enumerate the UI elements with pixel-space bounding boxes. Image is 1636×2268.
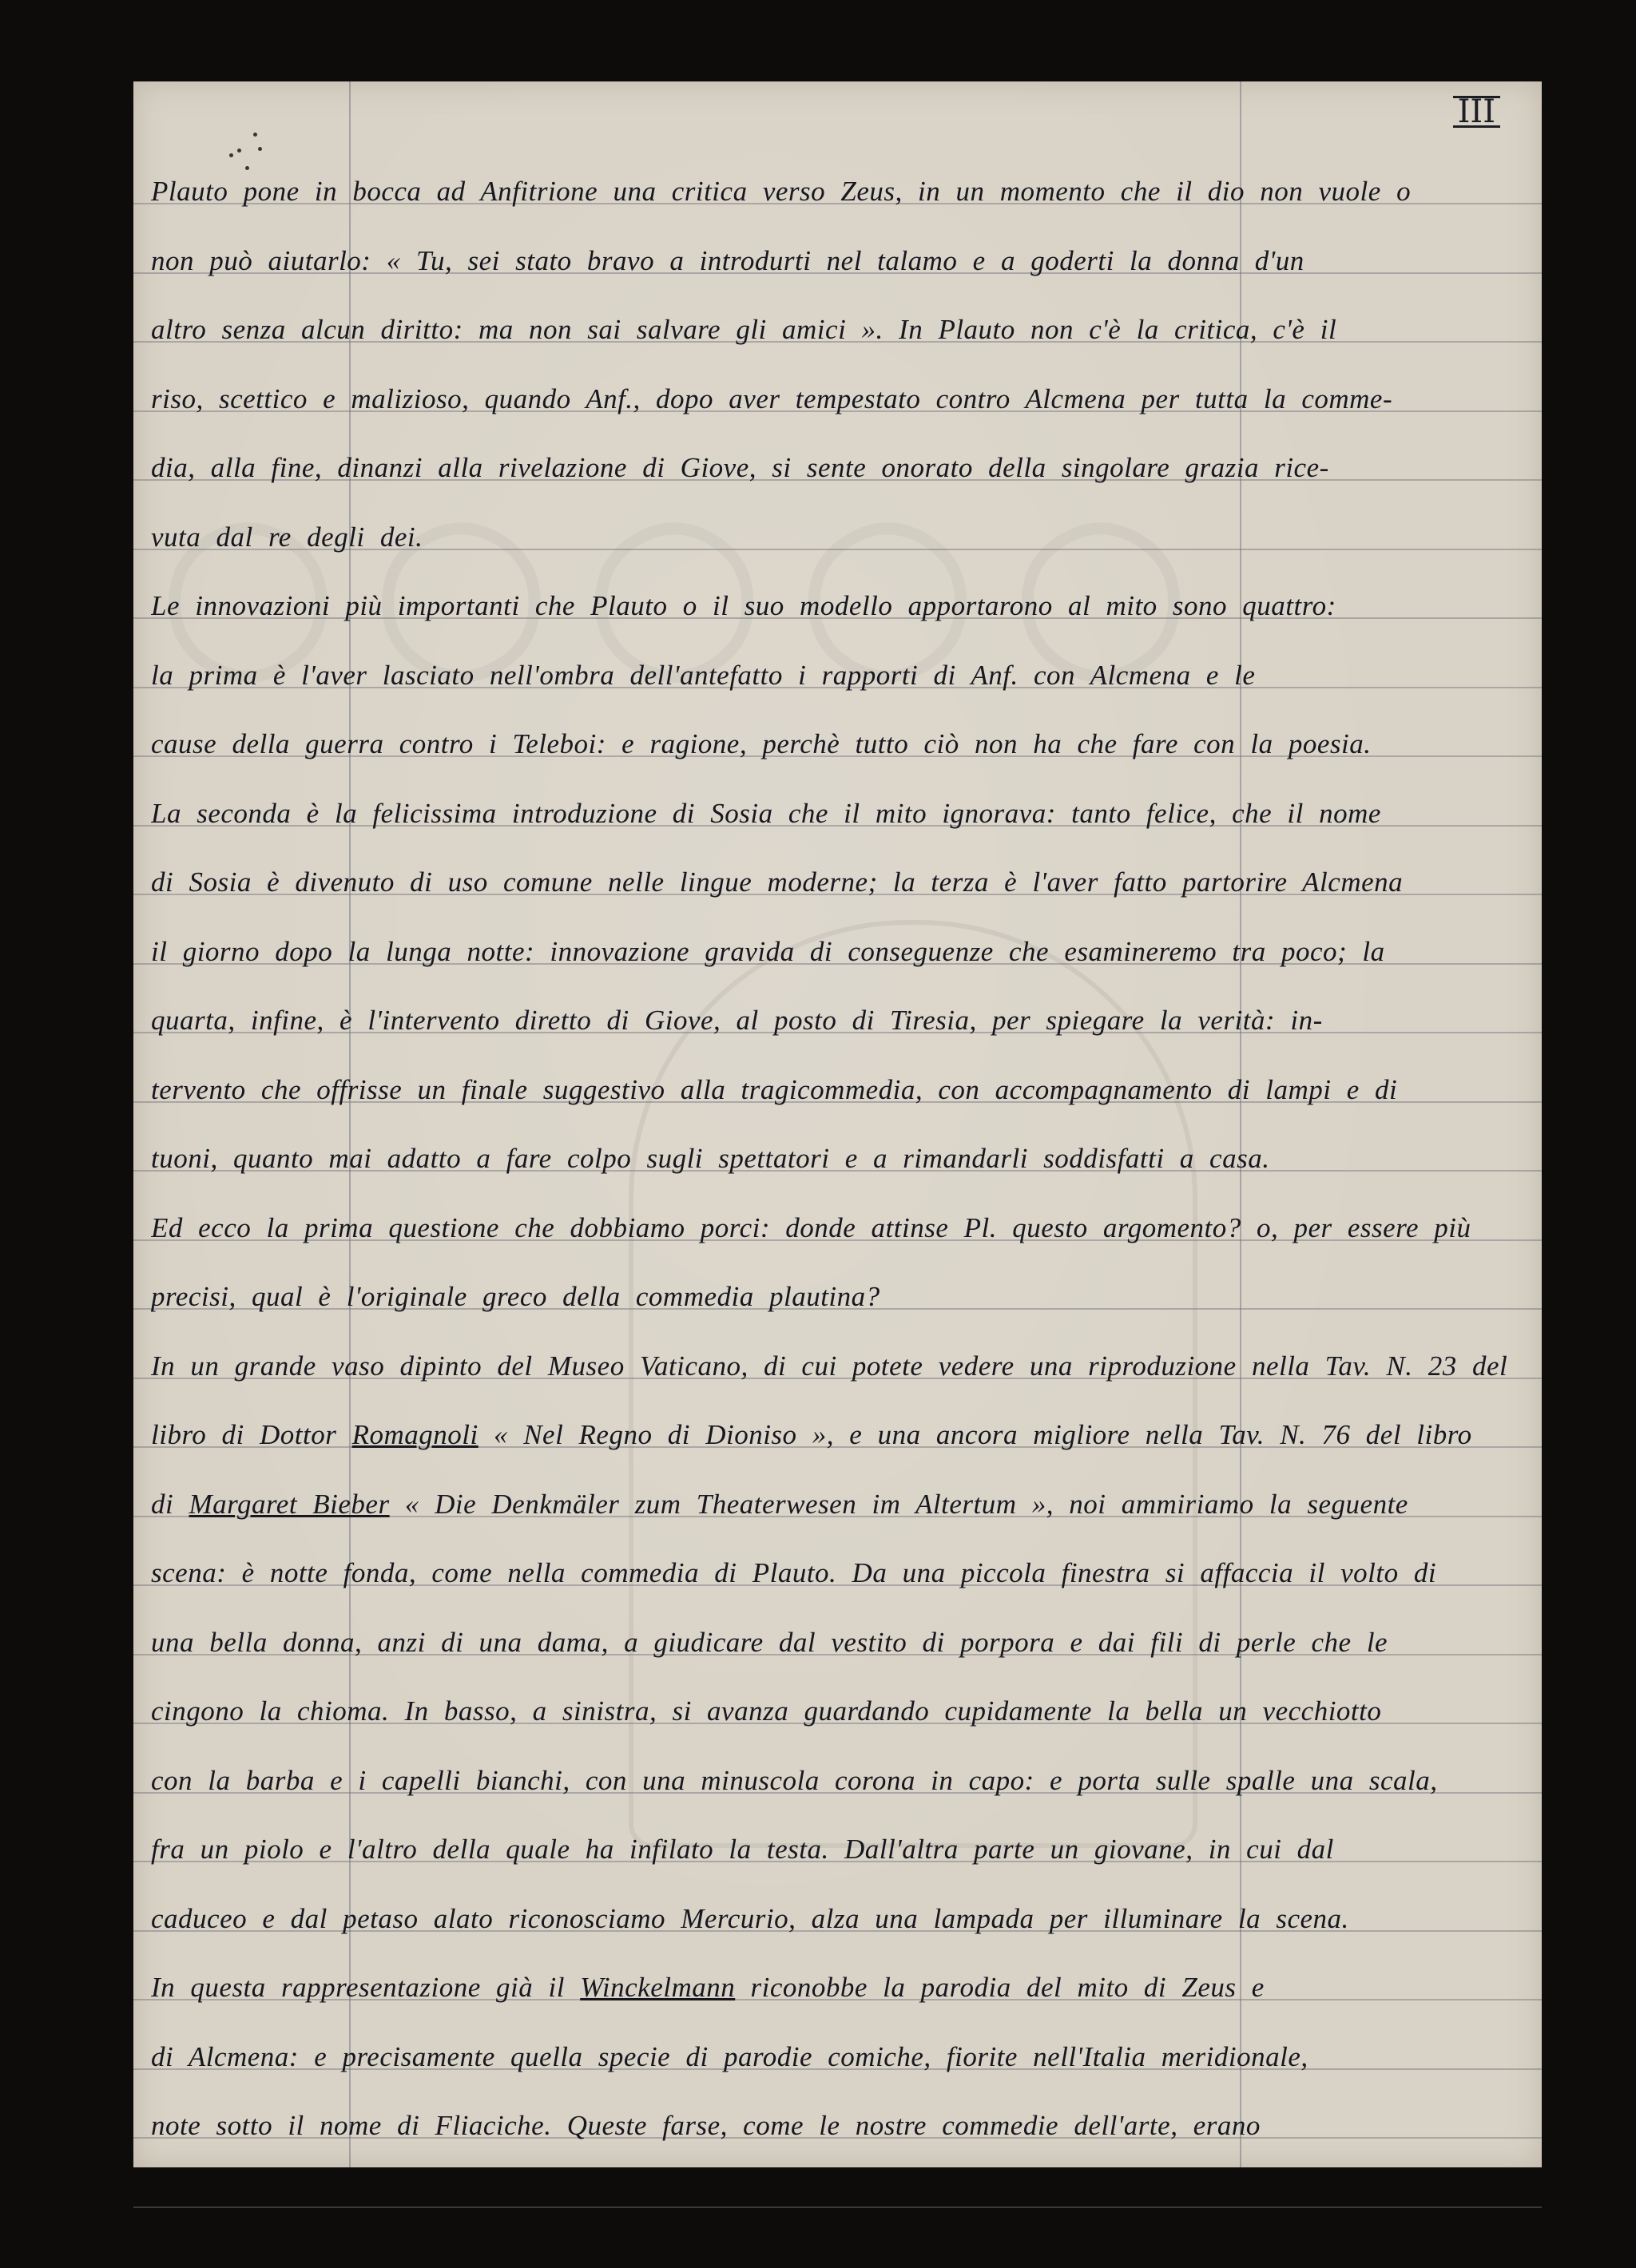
- text-line: In un grande vaso dipinto del Museo Vati…: [151, 1350, 1525, 1382]
- text-line: di Sosia è divenuto di uso comune nelle …: [151, 866, 1525, 898]
- underlined-name: Romagnoli: [352, 1419, 478, 1450]
- text-line: caduceo e dal petaso alato riconosciamo …: [151, 1903, 1525, 1935]
- text-line: riso, scettico e malizioso, quando Anf.,…: [151, 383, 1525, 415]
- text-line: cause della guerra contro i Teleboi: e r…: [151, 728, 1525, 760]
- scan-background: ○○○○○ III Plauto pone in bocca ad Anfitr…: [0, 0, 1636, 2268]
- text-line: Le innovazioni più importanti che Plauto…: [151, 590, 1525, 622]
- text-line: altro senza alcun diritto: ma non sai sa…: [151, 314, 1525, 346]
- text-line: non può aiutarlo: « Tu, sei stato bravo …: [151, 245, 1525, 277]
- text-line: scena: è notte fonda, come nella commedi…: [151, 1557, 1525, 1589]
- text-line: tuoni, quanto mai adatto a fare colpo su…: [151, 1143, 1525, 1175]
- text-line: note sotto il nome di Fliaciche. Queste …: [151, 2110, 1525, 2142]
- text-line: dia, alla fine, dinanzi alla rivelazione…: [151, 452, 1525, 484]
- text-line: fra un piolo e l'altro della quale ha in…: [151, 1834, 1525, 1866]
- text-line: una bella donna, anzi di una dama, a giu…: [151, 1627, 1525, 1659]
- text-line: il giorno dopo la lunga notte: innovazio…: [151, 936, 1525, 968]
- text-line: tervento che offrisse un finale suggesti…: [151, 1074, 1525, 1106]
- page-number: III: [1453, 96, 1500, 128]
- text-line: precisi, qual è l'originale greco della …: [151, 1281, 1525, 1313]
- text-line: Plauto pone in bocca ad Anfitrione una c…: [151, 176, 1525, 208]
- ruled-line: [133, 2207, 1542, 2208]
- text-line: libro di Dottor Romagnoli « Nel Regno di…: [151, 1419, 1525, 1451]
- text-line: di Margaret Bieber « Die Denkmäler zum T…: [151, 1489, 1525, 1521]
- text-line: di Alcmena: e precisamente quella specie…: [151, 2041, 1525, 2073]
- text-line: Ed ecco la prima questione che dobbiamo …: [151, 1212, 1525, 1244]
- manuscript-page: ○○○○○ III Plauto pone in bocca ad Anfitr…: [133, 81, 1542, 2167]
- underlined-name: Margaret Bieber: [189, 1489, 389, 1520]
- text-line: In questa rappresentazione già il Wincke…: [151, 1972, 1525, 2004]
- underlined-name: Winckelmann: [580, 1972, 735, 2003]
- text-line: vuta dal re degli dei.: [151, 521, 1525, 553]
- text-line: La seconda è la felicissima introduzione…: [151, 798, 1525, 830]
- text-line: cingono la chioma. In basso, a sinistra,…: [151, 1695, 1525, 1727]
- text-line: quarta, infine, è l'intervento diretto d…: [151, 1005, 1525, 1037]
- text-line: la prima è l'aver lasciato nell'ombra de…: [151, 660, 1525, 692]
- text-line: con la barba e i capelli bianchi, con un…: [151, 1765, 1525, 1797]
